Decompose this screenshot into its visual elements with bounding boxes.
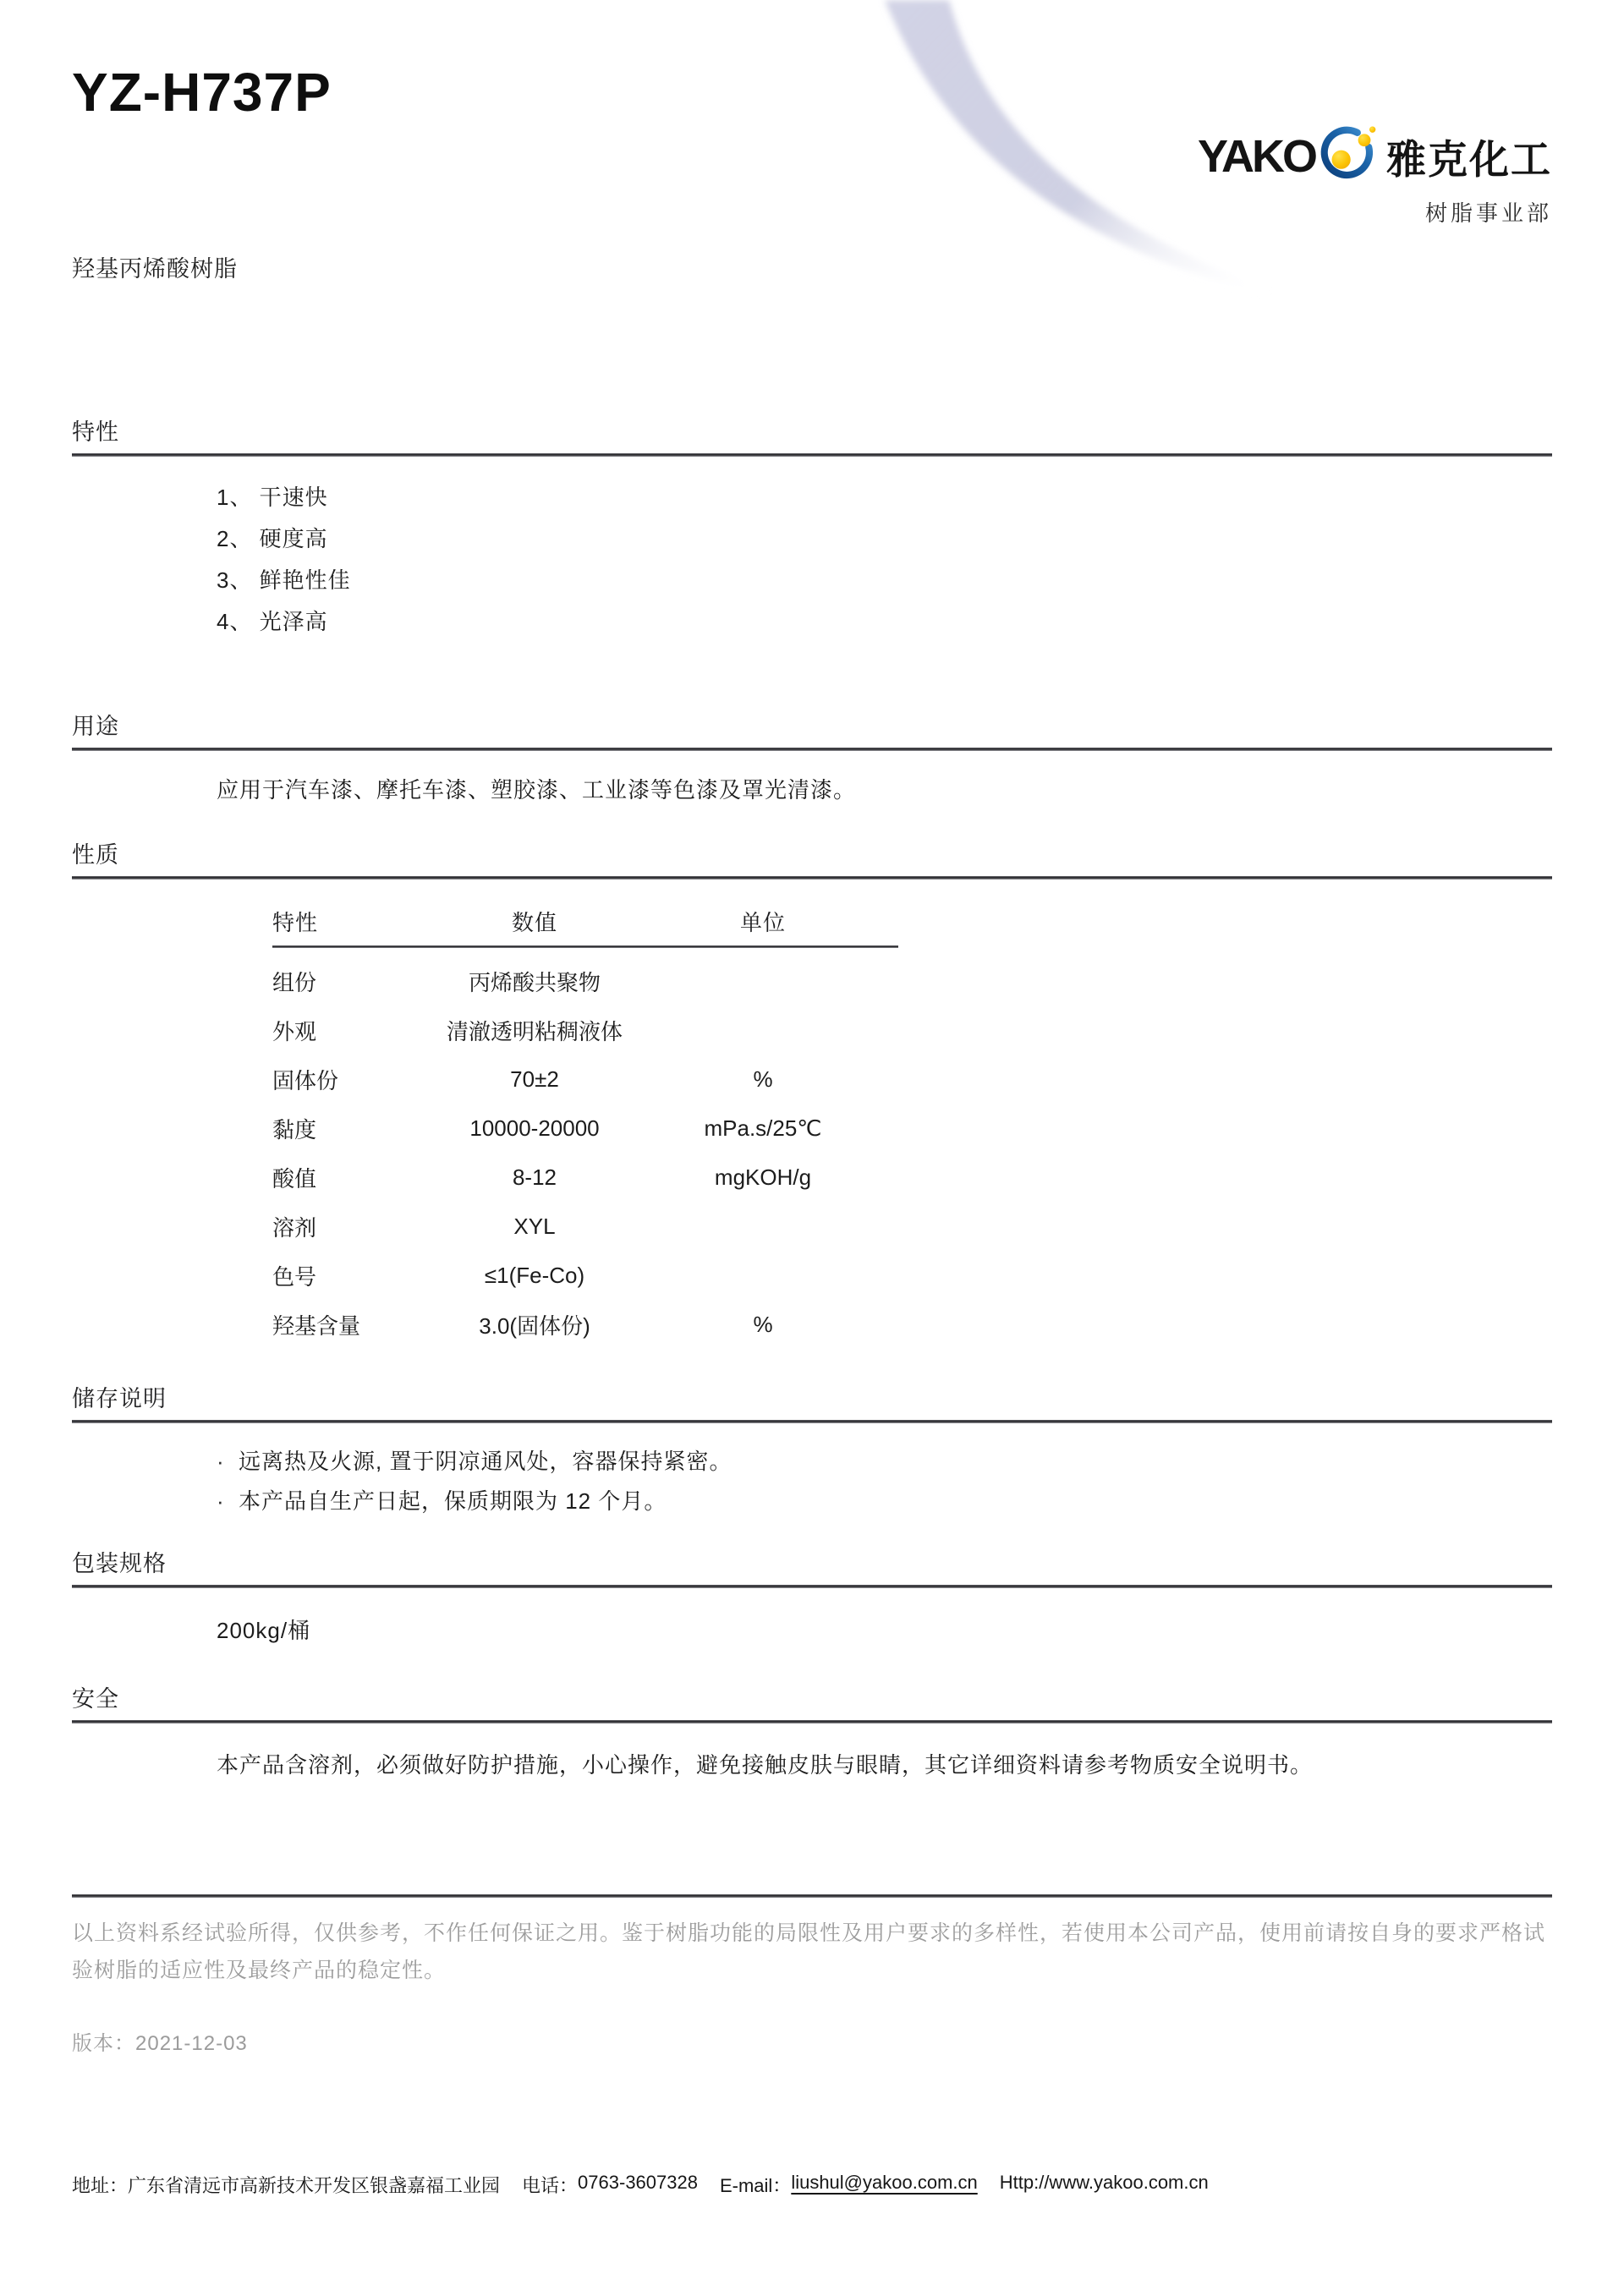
- feature-item: 2、 硬度高: [217, 518, 1552, 560]
- cell-unit: %: [687, 1312, 839, 1338]
- logo-wordmark: YAKO: [1198, 130, 1315, 183]
- footer-address: 地址：广东省清远市高新技术开发区银盏嘉福工业园: [72, 2172, 500, 2198]
- email-link[interactable]: liushul@yakoo.com.cn: [791, 2172, 977, 2198]
- cell-value: 3.0(固体份): [382, 1309, 687, 1340]
- section-features: 特性 1、 干速快 2、 硬度高 3、 鲜艳性佳 4、 光泽高: [72, 419, 1552, 643]
- section-storage: 储存说明 ·远离热及火源, 置于阴凉通风处，容器保持紧密。 ·本产品自生产日起，…: [72, 1385, 1552, 1521]
- cell-property: 固体份: [272, 1064, 382, 1095]
- page-title: YZ-H737P: [72, 61, 332, 123]
- section-heading-features: 特性: [72, 419, 1552, 446]
- disclaimer-block: 以上资料系经试验所得，仅供参考，不作任何保证之用。鉴于树脂功能的局限性及用户要求…: [72, 1894, 1552, 1989]
- storage-item-text: 远离热及火源, 置于阴凉通风处，容器保持紧密。: [239, 1449, 732, 1474]
- table-row: 酸值 8-12 mgKOH/g: [272, 1153, 1552, 1202]
- column-header-property: 特性: [272, 910, 382, 935]
- division-label: 树脂事业部: [1198, 196, 1552, 227]
- section-heading-usage: 用途: [72, 713, 1552, 740]
- table-row: 色号 ≤1(Fe-Co): [272, 1251, 1552, 1300]
- storage-item-text: 本产品自生产日起，保质期限为 12 个月。: [239, 1488, 667, 1514]
- storage-item: ·远离热及火源, 置于阴凉通风处，容器保持紧密。: [217, 1442, 1552, 1482]
- section-heading-storage: 储存说明: [72, 1385, 1552, 1412]
- table-header-divider: [272, 945, 898, 948]
- table-row: 外观 清澈透明粘稠液体: [272, 1006, 1552, 1055]
- section-divider: [72, 1585, 1552, 1588]
- section-heading-packaging: 包装规格: [72, 1550, 1552, 1577]
- website-url: Http://www.yakoo.com.cn: [1000, 2172, 1209, 2198]
- cell-property: 酸值: [272, 1162, 382, 1193]
- section-packaging: 包装规格 200kg/桶: [72, 1550, 1552, 1645]
- section-safety: 安全 本产品含溶剂，必须做好防护措施，小心操作，避免接触皮肤与眼睛，其它详细资料…: [72, 1685, 1552, 1784]
- properties-table: 特性 数值 单位 组份 丙烯酸共聚物 外观 清澈透明粘稠液体 固体份 7: [272, 910, 1552, 1349]
- usage-text: 应用于汽车漆、摩托车漆、塑胶漆、工业漆等色漆及罩光清漆。: [217, 773, 1552, 804]
- cell-value: 70±2: [382, 1066, 687, 1093]
- footer-phone: 电话：0763-3607328: [522, 2172, 698, 2198]
- table-header-row: 特性 数值 单位: [272, 910, 1552, 935]
- version-label: 版本：: [72, 2032, 135, 2055]
- cell-value: ≤1(Fe-Co): [382, 1263, 687, 1289]
- company-logo: YAKO: [1198, 125, 1552, 227]
- address-label: 地址：: [72, 2172, 128, 2198]
- section-divider: [72, 1894, 1552, 1898]
- feature-item: 4、 光泽高: [217, 601, 1552, 643]
- cell-unit: mPa.s/25℃: [687, 1115, 839, 1142]
- packaging-text: 200kg/桶: [217, 1614, 1552, 1645]
- cell-value: 丙烯酸共聚物: [382, 966, 687, 997]
- logo-brand-cn: 雅克化工: [1386, 129, 1552, 185]
- logo-row: YAKO: [1198, 125, 1552, 188]
- safety-text: 本产品含溶剂，必须做好防护措施，小心操作，避免接触皮肤与眼睛，其它详细资料请参考…: [217, 1745, 1553, 1784]
- table-row: 溶剂 XYL: [272, 1202, 1552, 1251]
- bullet-icon: ·: [217, 1442, 239, 1482]
- email-label: E-mail：: [720, 2172, 791, 2198]
- cell-property: 溶剂: [272, 1211, 382, 1242]
- datasheet-page: YZ-H737P YAKO: [0, 0, 1624, 2296]
- cell-property: 色号: [272, 1260, 382, 1291]
- footer: 地址：广东省清远市高新技术开发区银盏嘉福工业园 电话：0763-3607328 …: [72, 2172, 1209, 2198]
- bullet-icon: ·: [217, 1482, 239, 1521]
- table-body: 组份 丙烯酸共聚物 外观 清澈透明粘稠液体 固体份 70±2 % 黏度 1000…: [272, 956, 1552, 1349]
- cell-unit: mgKOH/g: [687, 1164, 839, 1191]
- feature-item: 3、 鲜艳性佳: [217, 560, 1552, 601]
- table-row: 固体份 70±2 %: [272, 1055, 1552, 1104]
- version-line: 版本：2021-12-03: [72, 2026, 248, 2056]
- section-heading-safety: 安全: [72, 1685, 1552, 1712]
- logo-orbit-icon: [1319, 125, 1381, 188]
- section-divider: [72, 748, 1552, 751]
- feature-list: 1、 干速快 2、 硬度高 3、 鲜艳性佳 4、 光泽高: [217, 477, 1552, 643]
- section-divider: [72, 1420, 1552, 1423]
- section-divider: [72, 453, 1552, 457]
- table-row: 组份 丙烯酸共聚物: [272, 956, 1552, 1006]
- section-divider: [72, 876, 1552, 879]
- storage-list: ·远离热及火源, 置于阴凉通风处，容器保持紧密。 ·本产品自生产日起，保质期限为…: [217, 1442, 1552, 1521]
- section-divider: [72, 1720, 1552, 1723]
- footer-email: E-mail：liushul@yakoo.com.cn: [720, 2172, 978, 2198]
- table-row: 羟基含量 3.0(固体份) %: [272, 1300, 1552, 1349]
- section-properties: 性质 特性 数值 单位 组份 丙烯酸共聚物 外观 清澈透明粘稠液体: [72, 841, 1552, 1349]
- section-heading-properties: 性质: [72, 841, 1552, 869]
- section-usage: 用途 应用于汽车漆、摩托车漆、塑胶漆、工业漆等色漆及罩光清漆。: [72, 713, 1552, 804]
- cell-property: 羟基含量: [272, 1309, 382, 1340]
- phone-label: 电话：: [522, 2172, 578, 2198]
- address-value: 广东省清远市高新技术开发区银盏嘉福工业园: [128, 2172, 500, 2198]
- table-row: 黏度 10000-20000 mPa.s/25℃: [272, 1104, 1552, 1153]
- footer-website: Http://www.yakoo.com.cn: [1000, 2172, 1209, 2198]
- feature-item: 1、 干速快: [217, 477, 1552, 518]
- storage-item: ·本产品自生产日起，保质期限为 12 个月。: [217, 1482, 1552, 1521]
- cell-property: 组份: [272, 966, 382, 997]
- cell-property: 黏度: [272, 1113, 382, 1144]
- phone-value: 0763-3607328: [578, 2172, 698, 2198]
- cell-value: XYL: [382, 1214, 687, 1240]
- cell-unit: %: [687, 1066, 839, 1093]
- version-value: 2021-12-03: [135, 2032, 248, 2055]
- disclaimer-text: 以上资料系经试验所得，仅供参考，不作任何保证之用。鉴于树脂功能的局限性及用户要求…: [72, 1915, 1552, 1989]
- cell-property: 外观: [272, 1015, 382, 1046]
- product-subtitle: 羟基丙烯酸树脂: [72, 250, 238, 283]
- cell-value: 清澈透明粘稠液体: [382, 1015, 687, 1046]
- cell-value: 10000-20000: [382, 1115, 687, 1142]
- cell-value: 8-12: [382, 1164, 687, 1191]
- column-header-unit: 单位: [687, 910, 839, 935]
- column-header-value: 数值: [382, 910, 687, 935]
